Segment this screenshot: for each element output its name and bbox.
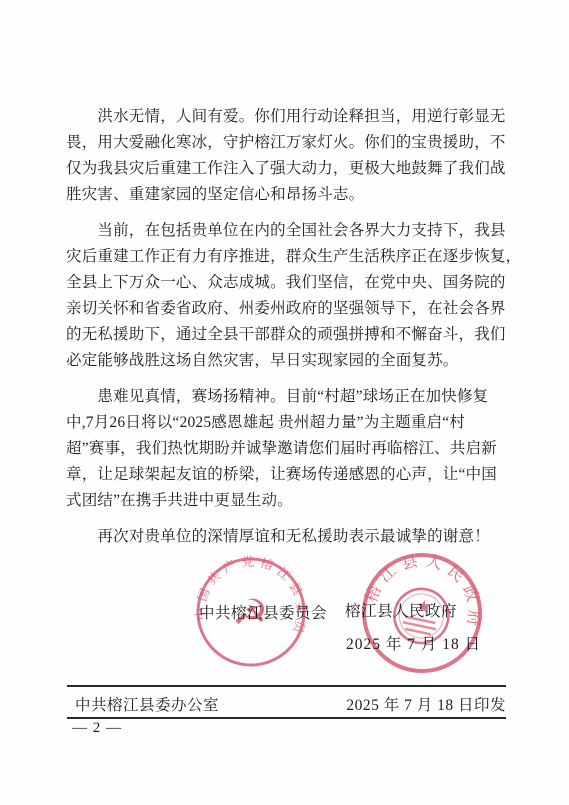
national-emblem-icon: ★ [389, 584, 453, 648]
government-seal-icon: 榕江县人民政府 ★ [357, 548, 487, 678]
party-committee-seal-icon: 中国共产党榕江县委员会 ☭ [191, 552, 311, 672]
paragraph-3: 患难见真情，赛场扬精神。目前“村超”球场正在加快修复 中,7月26日将以“202… [66, 384, 512, 514]
footer-top-rule [67, 685, 506, 687]
svg-text:★: ★ [414, 596, 433, 619]
paragraph-1: 洪水无情，人间有爱。你们用行动诠释担当，用逆行彰显无 畏，用大爱融化寒冰，守护榕… [66, 104, 512, 208]
paragraph-4: 再次对贵单位的深情厚谊和无私援助表示最诚挚的谢意！ [66, 524, 512, 550]
footer-print-date: 2025 年 7 月 18 日印发 [346, 693, 506, 715]
footer-issuing-office: 中共榕江县委办公室 [67, 693, 219, 715]
document-page: 洪水无情，人间有爱。你们用行动诠释担当，用逆行彰显无 畏，用大爱融化寒冰，守护榕… [0, 0, 569, 805]
paragraph-2: 当前，在包括贵单位在内的全国社会各界大力支持下，我县 灾后重建工作正有力有序推进… [66, 218, 512, 374]
footer-row: 中共榕江县委办公室 2025 年 7 月 18 日印发 [67, 692, 506, 716]
hammer-sickle-icon: ☭ [230, 588, 271, 637]
footer-bottom-rule [67, 717, 506, 719]
page-number: — 2 — [72, 720, 122, 737]
letter-body: 洪水无情，人间有爱。你们用行动诠释担当，用逆行彰显无 畏，用大爱融化寒冰，守护榕… [66, 104, 512, 560]
